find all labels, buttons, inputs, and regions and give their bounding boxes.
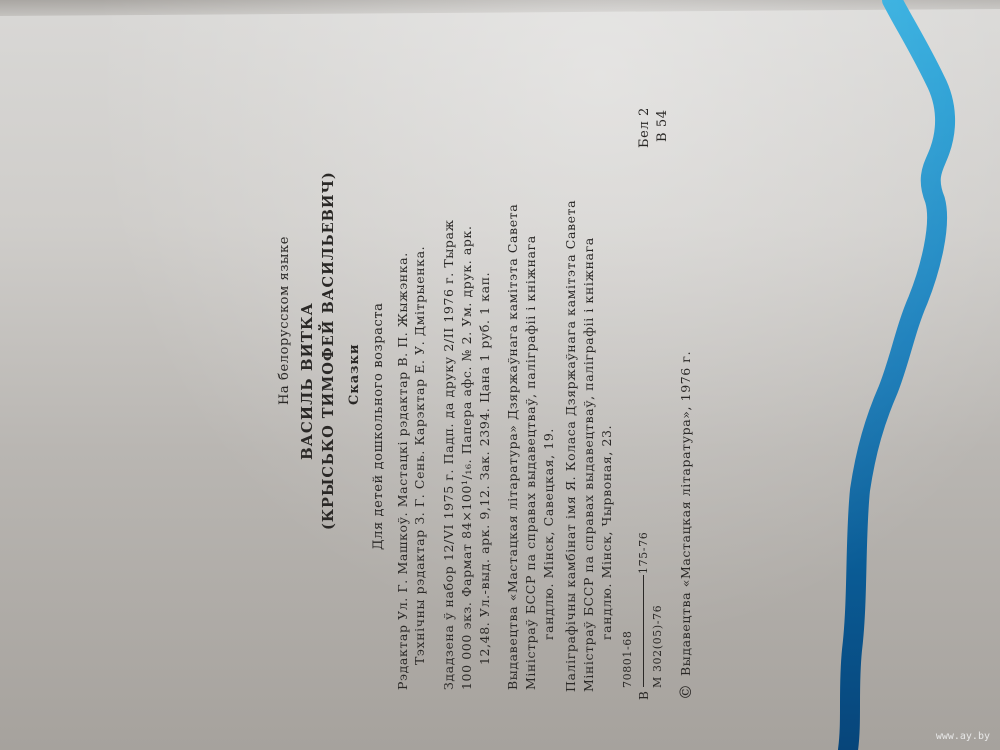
print-info-line-3: 12,48. Ул.-выд. арк. 9,12. Зак. 2394. Ца… (479, 272, 492, 665)
credits-line-2: Тэхнічны рэдактар З. Г. Сень. Карэктар Е… (414, 246, 427, 665)
author-name: ВАСИЛЬ ВИТКА (300, 302, 315, 460)
print-info-line-1: Здадзена ў набор 12/VI 1975 г. Падп. да … (443, 219, 456, 690)
copyright-text: Выдавецтва «Мастацкая літаратура», 1976 … (680, 351, 693, 676)
print-info-line-2: 100 000 экз. Фармат 84×100¹/₁₆. Папера а… (461, 225, 474, 690)
publisher-line-2: Міністраў БССР па справах выдавецтваў, п… (525, 235, 538, 690)
bbk-code-top: Бел 2 (638, 107, 651, 148)
index-code-fraction-bar (643, 575, 644, 687)
bbk-code-bottom: В 54 (656, 109, 669, 142)
printer-line-1: Паліграфічны камбінат імя Я. Коласа Дзяр… (565, 200, 578, 692)
blue-stripe-decoration (0, 0, 1000, 750)
publisher-line-3: гандлю. Мінск, Савецкая, 19. (543, 428, 556, 640)
index-code-suffix: 175-76 (638, 532, 649, 574)
credits-line-1: Рэдактар Ул. Г. Машкоў. Мастацкі рэдакта… (397, 252, 410, 690)
index-code-numerator: 70801-68 (622, 630, 633, 688)
printer-line-2: Міністраў БССР па справах выдавецтваў, п… (583, 237, 596, 692)
copyright-icon: © (678, 683, 694, 700)
publisher-line-1: Выдавецтва «Мастацкая літаратура» Дзяржа… (507, 204, 520, 690)
audience: Для детей дошкольного возраста (372, 302, 385, 550)
language-note: На белорусском языке (278, 236, 291, 405)
index-code-denominator: М 302(05)-76 (652, 605, 663, 688)
printer-line-3: гандлю. Мінск, Чырвоная, 23. (601, 425, 614, 640)
author-real-name: (КРЫСЬКО ТИМОФЕЙ ВАСИЛЬЕВИЧ) (322, 171, 337, 530)
watermark: www.ay.by (936, 731, 990, 742)
genre: Сказки (348, 344, 361, 406)
index-code-letter: В (638, 691, 650, 700)
